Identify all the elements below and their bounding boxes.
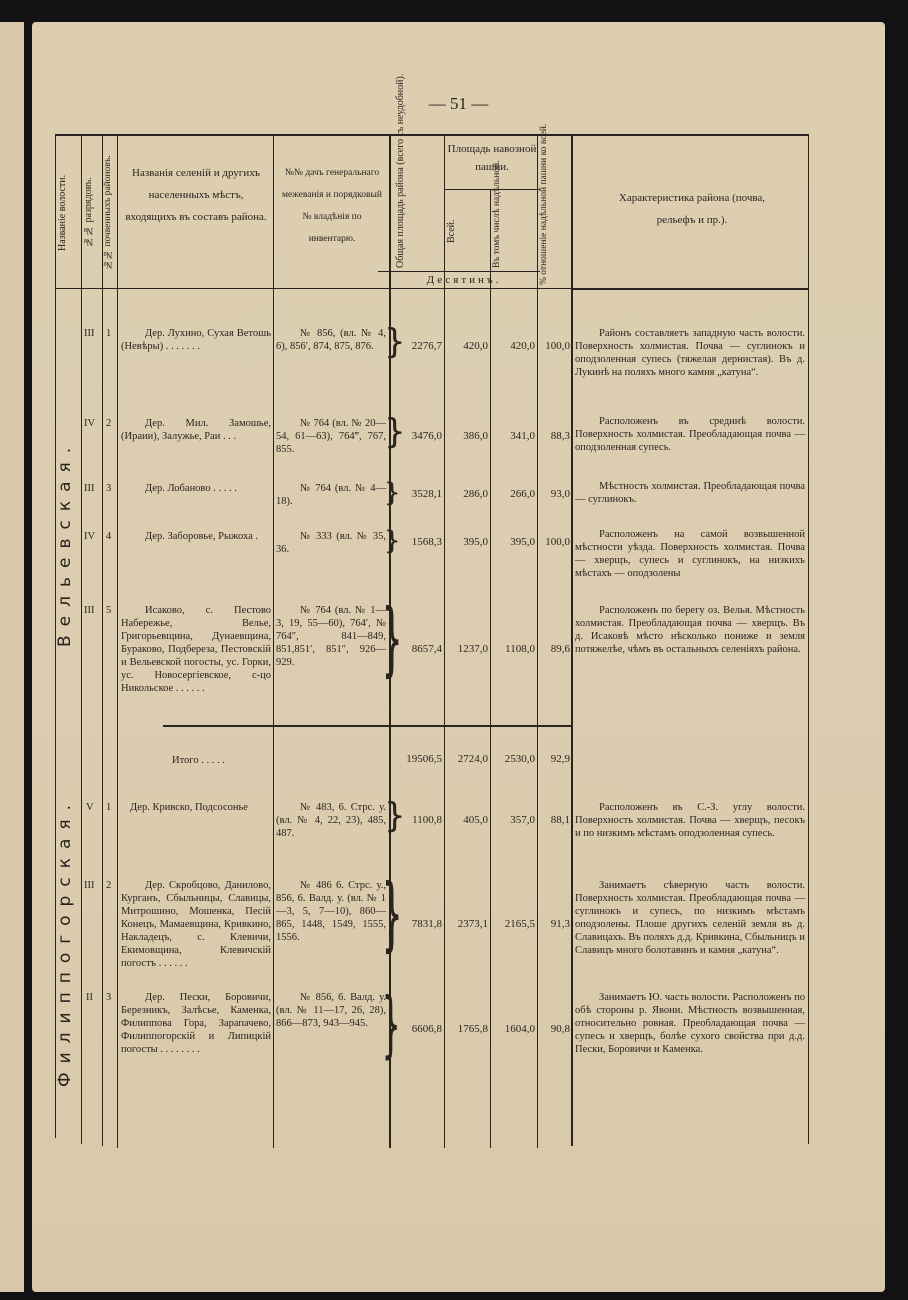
district-cell: 1 xyxy=(106,327,116,340)
settlements-cell: Дер. Кривско, Подсосонье xyxy=(130,801,271,814)
settlements-cell: Дер. Пески, Боровичи, Березникъ, Залѣсье… xyxy=(121,991,271,1056)
col-line xyxy=(102,134,103,1146)
percent-cell: 88,1 xyxy=(538,814,570,826)
characteristic-cell: Мѣстность холмистая. Преобладающая почва… xyxy=(575,480,805,506)
district-cell: 4 xyxy=(106,530,116,543)
header-characteristic: Характеристика района (почва, рельефъ и … xyxy=(607,187,777,231)
arable-allotment-cell: 395,0 xyxy=(492,536,535,548)
settlements-cell: Исаково, с. Пестово Набережье, Велье, Гр… xyxy=(121,604,271,695)
settlements-cell: Дер. Лобаново . . . . . xyxy=(121,482,271,495)
arable-allotment-cell: 1108,0 xyxy=(492,643,535,655)
col-line xyxy=(490,189,491,1148)
percent-cell: 90,8 xyxy=(538,1023,570,1035)
percent-cell: 93,0 xyxy=(538,488,570,500)
document-page: — 51 — Названіе волости. №№ разрядовъ. №… xyxy=(32,22,885,1292)
header-units: Десятинъ. xyxy=(390,272,538,288)
arable-all-cell: 2724,0 xyxy=(446,753,488,765)
total-area-cell: 1100,8 xyxy=(392,814,442,826)
rank-cell: IV xyxy=(84,530,100,543)
col-line xyxy=(117,134,118,1148)
arable-allotment-cell: 1604,0 xyxy=(492,1023,535,1035)
percent-cell: 91,3 xyxy=(538,918,570,930)
characteristic-cell: Расположенъ въ срединѣ волости. Поверхно… xyxy=(575,415,805,454)
volost-name-filippogorskaya: Филиппогорская. xyxy=(55,782,81,1087)
rank-cell: III xyxy=(84,879,100,892)
settlements-cell: Дер. Скробцово, Данилово, Курганъ, Сбыль… xyxy=(121,879,271,970)
district-cell: 5 xyxy=(106,604,116,617)
previous-page-edge xyxy=(0,22,24,1292)
total-area-cell: 3528,1 xyxy=(392,488,442,500)
district-cell: 1 xyxy=(106,801,116,814)
dachas-cell: № 764 (вл. № 20—54, 61—63), 764‴, 767, 8… xyxy=(276,417,386,456)
dachas-cell: № 483, 6. Стрс. у. (вл. № 4, 22, 23), 48… xyxy=(276,801,386,840)
volost-name-velevskaya: Вельевская. xyxy=(55,352,81,647)
characteristic-cell: Расположенъ въ С.-З. углу волости. Повер… xyxy=(575,801,805,840)
header-rank: №№ разрядовъ. xyxy=(83,140,101,285)
dachas-cell: № 764 (вл. № 1—3, 19, 55—60), 764′, № 76… xyxy=(276,604,386,669)
percent-cell: 88,3 xyxy=(538,430,570,442)
arable-allotment-cell: 266,0 xyxy=(492,488,535,500)
dachas-cell: № 764 (вл. № 4—18). xyxy=(276,482,386,508)
district-cell: 2 xyxy=(106,417,116,430)
dachas-cell: № 333 (вл. № 35, 36. xyxy=(276,530,386,556)
rank-cell: V xyxy=(86,801,102,814)
dachas-cell: № 486 6. Стрс. у., 856, 6. Валд. у. (вл.… xyxy=(276,879,386,944)
arable-allotment-cell: 420,0 xyxy=(492,340,535,352)
rank-cell: II xyxy=(86,991,102,1004)
total-label: Итого . . . . . xyxy=(172,754,272,767)
district-cell: 2 xyxy=(106,879,116,892)
arable-all-cell: 286,0 xyxy=(446,488,488,500)
table-top-rule-right xyxy=(573,134,809,136)
district-cell: 3 xyxy=(106,991,116,1004)
characteristic-cell: Районъ составляетъ западную часть волост… xyxy=(575,327,805,379)
arable-allotment-cell: 357,0 xyxy=(492,814,535,826)
rank-cell: III xyxy=(84,604,100,617)
percent-cell: 89,6 xyxy=(538,643,570,655)
arable-all-cell: 1237,0 xyxy=(446,643,488,655)
col-line xyxy=(81,134,82,1144)
brace-icon: } xyxy=(382,592,402,685)
header-bottom-rule xyxy=(55,288,571,289)
rank-cell: III xyxy=(84,327,100,340)
total-area-cell: 1568,3 xyxy=(392,536,442,548)
arable-allotment-cell: 341,0 xyxy=(492,430,535,442)
dachas-cell: № 856, 6. Валд. у. (вл. № 11—17, 26, 28)… xyxy=(276,991,386,1030)
district-cell: 3 xyxy=(106,482,116,495)
header-dachas: №№ дачъ генеральнаго межеванія и порядко… xyxy=(278,162,386,250)
col-line xyxy=(571,134,573,1146)
header-bottom-rule-right xyxy=(573,288,809,290)
header-arable-allotment: Въ томъ числѣ надѣльной. xyxy=(492,194,536,268)
percent-cell: 100,0 xyxy=(538,536,570,548)
dachas-cell: № 856, (вл. № 4, 6), 856′, 874, 875, 876… xyxy=(276,327,386,353)
arable-all-cell: 395,0 xyxy=(446,536,488,548)
col-line xyxy=(273,134,274,1148)
percent-cell: 100,0 xyxy=(538,340,570,352)
arable-all-cell: 386,0 xyxy=(446,430,488,442)
header-total-area: Общая площадь района (всего съ неудобной… xyxy=(392,140,442,268)
total-rule xyxy=(163,725,571,727)
settlements-cell: Дер. Лухино, Сухая Ветошь (Невѣры) . . .… xyxy=(121,327,271,353)
rank-cell: IV xyxy=(84,417,100,430)
arable-all-cell: 420,0 xyxy=(446,340,488,352)
header-arable-all: Всей. xyxy=(446,194,488,268)
header-volost: Названіе волости. xyxy=(57,140,79,285)
arable-allotment-cell: 2165,5 xyxy=(492,918,535,930)
header-soil-district: №№ почвенныхъ районовъ. xyxy=(103,140,117,285)
total-area-cell: 19506,5 xyxy=(392,753,442,765)
settlements-cell: Дер. Заборовье, Рыжоха . xyxy=(121,530,271,543)
col-line xyxy=(808,134,809,1144)
arable-all-cell: 405,0 xyxy=(446,814,488,826)
arable-all-cell: 1765,8 xyxy=(446,1023,488,1035)
rank-cell: III xyxy=(84,482,100,495)
total-area-cell: 6606,8 xyxy=(392,1023,442,1035)
table-top-rule xyxy=(55,134,571,136)
characteristic-cell: Расположенъ на самой возвышенной мѣстнос… xyxy=(575,528,805,580)
total-area-cell: 3476,0 xyxy=(392,430,442,442)
percent-cell: 92,9 xyxy=(538,753,570,765)
arable-all-cell: 2373,1 xyxy=(446,918,488,930)
arable-allotment-cell: 2530,0 xyxy=(492,753,535,765)
characteristic-cell: Занимаетъ сѣверную часть волости. Поверх… xyxy=(575,879,805,957)
total-area-cell: 8657,4 xyxy=(392,643,442,655)
total-area-cell: 2276,7 xyxy=(392,340,442,352)
total-area-cell: 7831,8 xyxy=(392,918,442,930)
brace-icon: } xyxy=(382,867,402,960)
characteristic-cell: Расположенъ по берегу оз. Велья. Мѣстнос… xyxy=(575,604,805,656)
header-settlements: Названія селеній и другихъ населенныхъ м… xyxy=(122,162,270,228)
header-percent: % отношеніе надѣльной пашни ко всей. xyxy=(539,140,570,285)
settlements-cell: Дер. Мил. Замошье, (Ираии), Залужье, Раи… xyxy=(121,417,271,443)
characteristic-cell: Занимаетъ Ю. часть волости. Расположенъ … xyxy=(575,991,805,1056)
page-number: — 51 — xyxy=(32,94,885,114)
